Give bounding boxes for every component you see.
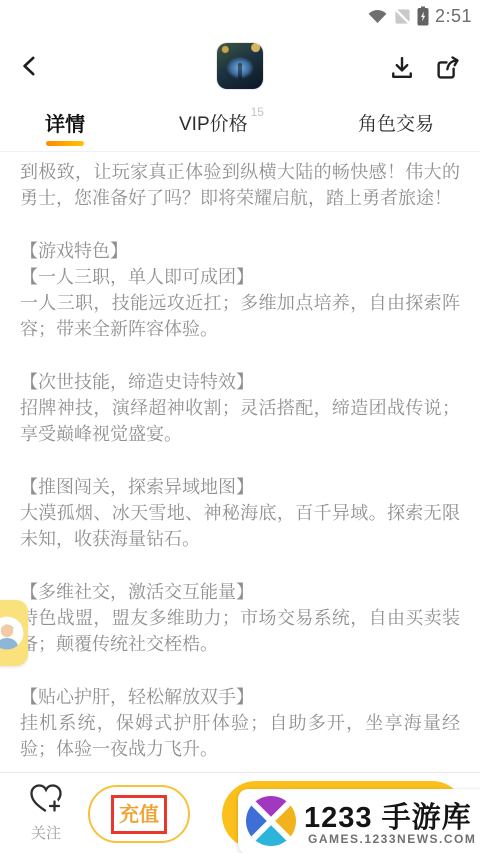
tab-character-trade[interactable]: 角色交易 xyxy=(358,103,434,148)
tab-vip-label: VIP价格 xyxy=(179,114,248,135)
feature-section-overview: 【游戏特色】 【一人三职，单人即可成团】 一人三职，技能远攻近扛；多维加点培养，… xyxy=(20,238,460,342)
tab-details-label: 详情 xyxy=(45,114,85,136)
section-title: 【贴心护肝，轻松解放双手】 xyxy=(20,684,460,710)
feature-section-social: 【多维社交，激活交互能量】 特色战盟，盟友多维助力；市场交易系统，自由买卖装备；… xyxy=(20,579,460,657)
follow-label: 关注 xyxy=(20,822,72,843)
intro-paragraph: 到极致，让玩家真正体验到纵横大陆的畅快感！伟大的勇士，您准备好了吗？即将荣耀启航… xyxy=(20,159,460,211)
section-body: 招牌神技，演绎超神收割；灵活搭配，缔造团战传说；享受巅峰视觉盛宴。 xyxy=(20,395,460,447)
customer-service-button[interactable] xyxy=(0,600,28,666)
customer-service-avatar-icon xyxy=(0,616,24,650)
tab-bar: 详情 VIP价格15 角色交易 xyxy=(0,100,480,152)
status-time: 2:51 xyxy=(435,6,472,27)
status-bar: 2:51 xyxy=(0,0,480,32)
tab-vip-price[interactable]: VIP价格15 xyxy=(179,103,264,148)
recharge-button[interactable]: 充值 xyxy=(88,785,190,843)
share-icon[interactable] xyxy=(432,52,464,84)
feature-section-skills: 【次世技能，缔造史诗特效】 招牌神技，演绎超神收割；灵活搭配，缔造团战传说；享受… xyxy=(20,369,460,447)
section-title: 【一人三职，单人即可成团】 xyxy=(20,264,460,290)
feature-section-idle: 【贴心护肝，轻松解放双手】 挂机系统，保姆式护肝体验；自助多开，坐享海量经验；体… xyxy=(20,684,460,762)
app-screen: 2:51 详情 VIP价格15 角色交易 xyxy=(0,0,480,853)
follow-button[interactable]: 关注 xyxy=(20,780,72,843)
feature-section-maps: 【推图闯关，探索异域地图】 大漠孤烟、冰天雪地、神秘海底，百千异域。探索无限未知… xyxy=(20,474,460,552)
section-body: 一人三职，技能远攻近扛；多维加点培养，自由探索阵容；带来全新阵容体验。 xyxy=(20,290,460,342)
tab-trade-label: 角色交易 xyxy=(358,114,434,135)
download-icon[interactable] xyxy=(386,52,418,84)
battery-icon xyxy=(417,6,429,26)
game-description-scroll[interactable]: 到极致，让玩家真正体验到纵横大陆的畅快感！伟大的勇士，您准备好了吗？即将荣耀启航… xyxy=(0,152,480,772)
game-app-icon xyxy=(217,43,263,89)
section-title: 【多维社交，激活交互能量】 xyxy=(20,579,460,605)
section-title: 【次世技能，缔造史诗特效】 xyxy=(20,369,460,395)
recharge-label: 充值 xyxy=(111,795,167,834)
pinwheel-logo-icon xyxy=(246,796,296,846)
vip-count-badge: 15 xyxy=(251,105,264,119)
bottom-action-bar: 关注 充值 1233 手游库 GAMES.1233NEWS.COM xyxy=(0,772,480,853)
tab-details[interactable]: 详情 xyxy=(45,102,85,149)
watermark-url: GAMES.1233NEWS.COM xyxy=(308,832,476,846)
section-title: 【推图闯关，探索异域地图】 xyxy=(20,474,460,500)
no-sim-icon xyxy=(394,8,411,25)
section-body: 大漠孤烟、冰天雪地、神秘海底，百千异域。探索无限未知，收获海量钻石。 xyxy=(20,500,460,552)
section-body: 挂机系统，保姆式护肝体验；自助多开，坐享海量经验；体验一夜战力飞升。 xyxy=(20,710,460,762)
header xyxy=(0,32,480,100)
back-button[interactable] xyxy=(14,50,46,82)
heart-plus-icon xyxy=(26,780,66,816)
wifi-icon xyxy=(367,8,388,24)
watermark: 1233 手游库 GAMES.1233NEWS.COM xyxy=(238,789,480,853)
section-body: 特色战盟，盟友多维助力；市场交易系统，自由买卖装备；颠覆传统社交桎梏。 xyxy=(20,605,460,657)
features-heading: 【游戏特色】 xyxy=(20,238,460,264)
watermark-title: 1233 手游库 xyxy=(304,795,472,836)
